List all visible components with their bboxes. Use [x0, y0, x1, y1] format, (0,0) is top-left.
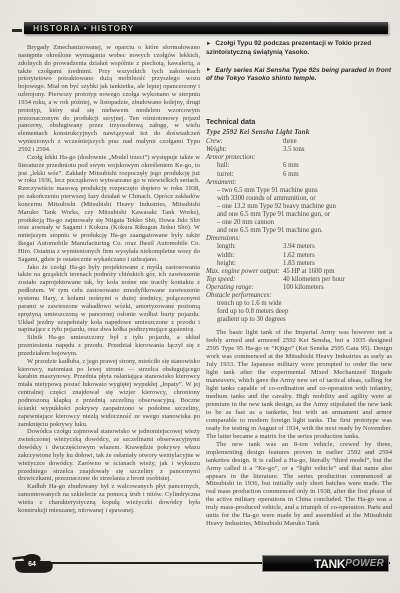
technical-data-row: Weight: 3.5 tons — [206, 146, 392, 154]
spec-label: Operating range: — [206, 284, 254, 291]
spec-label: turret: — [217, 171, 234, 178]
body-paragraph: Dowódca czołgu zajmował stanowisko w jed… — [18, 428, 200, 483]
technical-data-row: – two 6.5 mm Type 91 machine guns — [206, 187, 392, 195]
logo-tank-text: TANK — [314, 558, 345, 570]
left-text-column: Brygady Zmechanizowanej, w oparciu o któ… — [18, 44, 200, 515]
tank-type-line: Type 2592 Kei Sensha Light Tank — [206, 129, 392, 137]
technical-data-section: Technical data Type 2592 Kei Sensha Ligh… — [206, 117, 392, 324]
technical-data-row: length: 3.94 meters — [206, 243, 392, 251]
photo-captions: ► Czołgi Typu 92 podczas prezentacji w T… — [206, 40, 392, 84]
technical-data-row: Max. engine power output: 45 HP at 1600 … — [206, 268, 392, 276]
technical-data-row: Crew: three — [206, 138, 392, 146]
technical-data-row: – one 20 mm cannon — [206, 219, 392, 227]
spec-value: three — [283, 138, 297, 146]
spec-value: 3.94 meters — [283, 243, 315, 251]
body-paragraph: Czołg lekki Ha-go (dosłownie „Model trze… — [18, 154, 200, 264]
body-paragraph: W przodzie kadłuba, z jego prawej strony… — [18, 358, 200, 429]
technical-data-row: hull: 6 mm — [206, 162, 392, 170]
body-paragraph: The new tank was an 8-ton vehicle, crewe… — [206, 441, 392, 528]
magazine-page: HISTORIA • HISTORY Brygady Zmechanizowan… — [0, 0, 400, 593]
spec-label: Obstacle performances: — [206, 292, 272, 299]
technical-data-row: Armor protection: — [206, 154, 392, 162]
english-text-section: The basic light tank of the Imperial Arm… — [206, 329, 392, 528]
tankpower-logo: TANKPOWER — [262, 555, 389, 572]
tank-page-number-icon: 64 — [12, 551, 54, 575]
logo-power-text: POWER — [345, 559, 384, 569]
technical-data-row: Dimensions: — [206, 235, 392, 243]
technical-data-row: and one 6.5 mm Type 91 machine gun. — [206, 227, 392, 235]
header-dash — [12, 29, 22, 32]
spec-label: – two 6.5 mm Type 91 machine guns — [217, 187, 318, 194]
technical-data-row: width: 1.62 meters — [206, 252, 392, 260]
spec-label: trench up to 1.6 m wide — [217, 300, 282, 307]
spec-value: 45 HP at 1600 rpm — [283, 268, 334, 276]
arrow-right-icon: ► — [206, 67, 212, 73]
spec-label: – one 13.2 mm Type 92 heavy machine gun — [217, 203, 336, 210]
technical-data-row: gradient up to 30 degrees — [206, 316, 392, 324]
spec-label: and one 6.5 mm Type 91 machine gun. — [217, 227, 323, 234]
spec-label: Armor protection: — [206, 154, 255, 161]
spec-label: height: — [217, 260, 236, 267]
spec-value: 6 mm — [283, 162, 299, 170]
spec-value: 40 kilometers per hour — [283, 276, 345, 284]
technical-data-row: Top speed: 40 kilometers per hour — [206, 276, 392, 284]
technical-data-row: Armament: — [206, 179, 392, 187]
technical-data-row: and one 6.5 mm Type 91 machine gun, or — [206, 211, 392, 219]
spec-label: with 3300 rounds of ammunition, or — [217, 195, 316, 202]
spec-label: Dimensions: — [206, 235, 240, 242]
technical-data-row: with 3300 rounds of ammunition, or — [206, 195, 392, 203]
spec-label: length: — [217, 243, 236, 250]
section-header-title: HISTORIA • HISTORY — [24, 23, 134, 33]
spec-label: Weight: — [206, 146, 227, 153]
spec-label: Crew: — [206, 138, 223, 145]
right-column: ► Czołgi Typu 92 podczas prezentacji w T… — [206, 40, 392, 528]
spec-label: hull: — [217, 162, 229, 169]
photo-caption: ► Early series Kai Sensha Type 92s being… — [206, 67, 392, 85]
technical-data-row: – one 13.2 mm Type 92 heavy machine gun — [206, 203, 392, 211]
technical-data-row: ford up to 0.8 meters deep — [206, 308, 392, 316]
technical-data-row: height: 1.83 meters — [206, 260, 392, 268]
technical-data-row: Operating range: 100 kilometers — [206, 284, 392, 292]
section-header-banner: HISTORIA • HISTORY — [24, 22, 388, 34]
technical-data-row: turret: 6 mm — [206, 171, 392, 179]
spec-value: 6 mm — [283, 171, 299, 179]
technical-data-rows: Crew: three Weight: 3.5 tons Armor prote… — [206, 138, 392, 324]
arrow-right-icon: ► — [206, 41, 212, 47]
technical-data-row: trench up to 1.6 m wide — [206, 300, 392, 308]
spec-label: width: — [217, 252, 234, 259]
body-paragraph: Silnik Ha-go umieszczony był z tyłu poja… — [18, 334, 200, 358]
technical-data-row: Obstacle performances: — [206, 292, 392, 300]
spec-label: Top speed: — [206, 276, 235, 283]
body-paragraph: Kadłub Ha-go zbudowany był z walcowanych… — [18, 483, 200, 514]
caption-text: Early series Kai Sensha Type 92s being p… — [206, 67, 391, 83]
body-paragraph: The basic light tank of the Imperial Arm… — [206, 329, 392, 440]
spec-label: ford up to 0.8 meters deep — [217, 308, 288, 315]
body-paragraph: Brygady Zmechanizowanej, w oparciu o któ… — [18, 44, 200, 154]
spec-label: gradient up to 30 degrees — [217, 316, 286, 323]
photo-caption: ► Czołgi Typu 92 podczas prezentacji w T… — [206, 40, 392, 58]
spec-label: and one 6.5 mm Type 91 machine gun, or — [217, 211, 330, 218]
spec-value: 1.83 meters — [283, 260, 315, 268]
spec-label: – one 20 mm cannon — [217, 219, 274, 226]
spec-label: Max. engine power output: — [206, 268, 280, 275]
caption-text: Czołgi Typu 92 podczas prezentacji w Tok… — [206, 40, 371, 56]
spec-value: 3.5 tons — [283, 146, 305, 154]
spec-value: 100 kilometers — [283, 284, 324, 292]
body-paragraph: Jako że czołgi Ha-go były projektowane z… — [18, 264, 200, 335]
page-number: 64 — [14, 561, 50, 568]
spec-label: Armament: — [206, 179, 237, 186]
technical-data-heading: Technical data — [206, 117, 392, 126]
spec-value: 1.62 meters — [283, 252, 315, 260]
